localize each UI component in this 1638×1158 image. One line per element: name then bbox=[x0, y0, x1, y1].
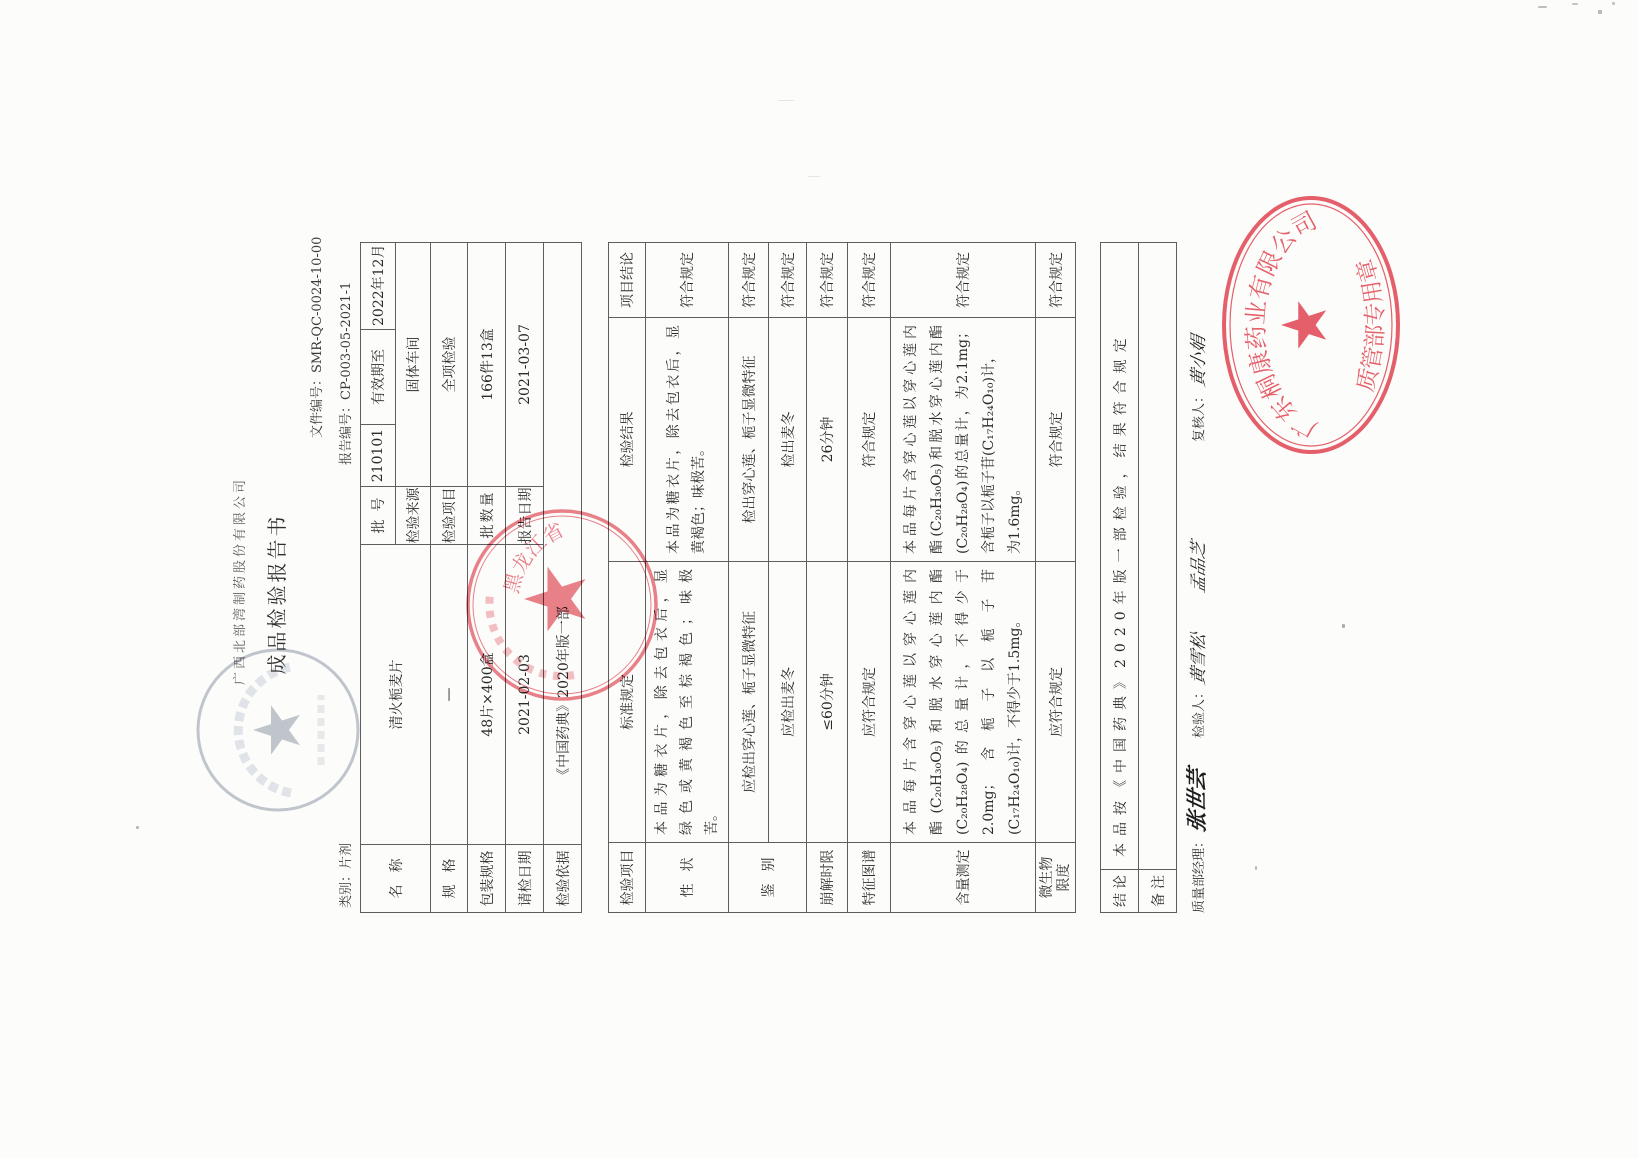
qa-department-seal: 广东桐康药业有限公司 质管部专用章 bbox=[1220, 195, 1402, 455]
test-results-table: 检验项目 标准规定 检验结果 项目结论 性状 本品为糖衣片，除去包衣后，显 绿色… bbox=[608, 242, 1076, 913]
result-line: (C₂₀H₂₈O₄)的总量计，为2.1mg； bbox=[950, 325, 976, 554]
result-line: 为1.6mg。 bbox=[1002, 325, 1028, 554]
file-number: 文件编号：SMR-QC-0024-10-00 bbox=[306, 237, 325, 438]
result-line: 黄褐色；味极苦。 bbox=[687, 325, 712, 554]
conclusion-assay: 符合规定 bbox=[891, 243, 1036, 318]
standard-identification-1: 应检出穿心莲、栀子显微特征 bbox=[729, 562, 769, 843]
category-label: 类别： bbox=[339, 869, 354, 908]
report-number-value: CP-003-05-2021-1 bbox=[339, 282, 354, 400]
conclusion-microbial: 符合规定 bbox=[1036, 243, 1076, 318]
report-date: 2021-03-07 bbox=[506, 243, 544, 487]
conclusion-table: 结论 本品按《中国药典》2020年版一部检验，结果符合规定 备注 bbox=[1100, 242, 1177, 913]
result-line: 本品每片含穿心莲以穿心莲内 bbox=[898, 325, 924, 554]
conclusion-identification-1: 符合规定 bbox=[729, 243, 769, 318]
standard-identification-2: 应检出麦冬 bbox=[769, 562, 807, 843]
star-icon bbox=[1281, 301, 1326, 349]
result-line: 本品为糖衣片，除去包衣后，显 bbox=[662, 325, 687, 554]
inspector-label: 检验人： bbox=[1188, 686, 1207, 738]
table-row: 微生物 限度 应符合规定 符合规定 符合规定 bbox=[1036, 243, 1076, 913]
item-identification: 鉴别 bbox=[729, 843, 807, 913]
source-label: 检验来源 bbox=[396, 487, 431, 545]
header-item: 检验项目 bbox=[609, 843, 646, 913]
standard-microbial: 应符合规定 bbox=[1036, 562, 1076, 843]
header-conclusion: 项目结论 bbox=[609, 243, 646, 318]
conclusion-identification-2: 符合规定 bbox=[769, 243, 807, 318]
batch-number: 210101 bbox=[361, 425, 396, 487]
inspection-source: 固体车间 bbox=[396, 243, 431, 487]
result-fingerprint: 符合规定 bbox=[848, 318, 891, 562]
star-icon bbox=[524, 567, 586, 632]
standard-line: 2.0mg；含栀子以栀子苷 bbox=[976, 569, 1002, 835]
remark-label: 备注 bbox=[1139, 870, 1177, 913]
standard-line: (C₁₇H₂₄O₁₀)计，不得少于1.5mg。 bbox=[1002, 569, 1028, 835]
result-disintegration: 26分钟 bbox=[807, 318, 848, 562]
table-row: 应检出麦冬 检出麦冬 符合规定 bbox=[769, 243, 807, 913]
table-row: 特征图谱 应符合规定 符合规定 符合规定 bbox=[848, 243, 891, 913]
expiry-label: 有效期至 bbox=[361, 330, 396, 425]
report-number-label: 报告编号： bbox=[339, 400, 354, 465]
table-row: 崩解时限 ≤60分钟 26分钟 符合规定 bbox=[807, 243, 848, 913]
result-line: 酯(C₂₀H₃₀O₅)和脱水穿心莲内酯 bbox=[924, 325, 950, 554]
report-number: 报告编号：CP-003-05-2021-1 bbox=[335, 282, 354, 465]
package-label: 包装规格 bbox=[468, 845, 506, 913]
inspector-signature: 孟品芝 bbox=[1184, 538, 1209, 594]
table-row: 鉴别 应检出穿心莲、栀子显微特征 检出穿心莲、栀子显微特征 符合规定 bbox=[729, 243, 769, 913]
conclusion-appearance: 符合规定 bbox=[646, 243, 729, 318]
inspector-signature: 黄雪松 bbox=[1184, 630, 1209, 686]
standard-line: (C₂₀H₂₈O₄)的总量计，不得少于 bbox=[950, 569, 976, 835]
spec-label: 规格 bbox=[431, 845, 468, 913]
batch-label: 批号 bbox=[361, 487, 396, 545]
center-seal: 黑龙江省 bbox=[462, 505, 662, 705]
inspection-items: 全项检验 bbox=[431, 243, 468, 487]
reviewer-label: 复核人： bbox=[1188, 390, 1207, 442]
item-microbial: 微生物 限度 bbox=[1036, 843, 1076, 913]
product-name: 清火栀麦片 bbox=[361, 545, 431, 845]
standard-fingerprint: 应符合规定 bbox=[848, 562, 891, 843]
standard-line: 苦。 bbox=[700, 569, 725, 835]
item-assay: 含量测定 bbox=[891, 843, 1036, 913]
file-number-value: SMR-QC-0024-10-00 bbox=[310, 237, 325, 373]
standard-line: 酯(C₂₀H₃₀O₅)和脱水穿心莲内酯 bbox=[924, 569, 950, 835]
reviewer-signature: 黄小娟 bbox=[1184, 332, 1209, 388]
result-assay: 本品每片含穿心莲以穿心莲内 酯(C₂₀H₃₀O₅)和脱水穿心莲内酯 (C₂₀H₂… bbox=[891, 318, 1036, 562]
item-microbial-line: 限度 bbox=[1056, 843, 1073, 912]
conclusion-disintegration: 符合规定 bbox=[807, 243, 848, 318]
conclusion-fingerprint: 符合规定 bbox=[848, 243, 891, 318]
standard-line: 绿色或黄褐色至棕褐色；味极 bbox=[675, 569, 700, 835]
standard-line: 本品每片含穿心莲以穿心莲内 bbox=[898, 569, 924, 835]
file-number-label: 文件编号： bbox=[310, 373, 325, 438]
item-microbial-line: 微生物 bbox=[1039, 843, 1056, 912]
result-line: 含栀子以栀子苷(C₁₇H₂₄O₁₀)计， bbox=[976, 325, 1002, 554]
qa-seal-department-text: 质管部专用章 bbox=[1353, 256, 1390, 395]
standard-disintegration: ≤60分钟 bbox=[807, 562, 848, 843]
conclusion-text: 本品按《中国药典》2020年版一部检验，结果符合规定 bbox=[1101, 243, 1139, 870]
result-microbial: 符合规定 bbox=[1036, 318, 1076, 562]
table-row: 含量测定 本品每片含穿心莲以穿心莲内 酯(C₂₀H₃₀O₅)和脱水穿心莲内酯 (… bbox=[891, 243, 1036, 913]
item-fingerprint: 特征图谱 bbox=[848, 843, 891, 913]
manager-signature: 张世芸 bbox=[1181, 766, 1211, 835]
name-label: 名称 bbox=[361, 845, 431, 913]
category: 类别：片剂 bbox=[335, 843, 354, 908]
basis-label: 检验依据 bbox=[544, 845, 582, 913]
standard-assay: 本品每片含穿心莲以穿心莲内 酯(C₂₀H₃₀O₅)和脱水穿心莲内酯 (C₂₀H₂… bbox=[891, 562, 1036, 843]
category-value: 片剂 bbox=[339, 843, 354, 869]
result-identification-1: 检出穿心莲、栀子显微特征 bbox=[729, 318, 769, 562]
star-icon bbox=[253, 705, 300, 754]
item-appearance: 性状 bbox=[646, 843, 729, 913]
conclusion-label: 结论 bbox=[1101, 870, 1139, 913]
batch-quantity: 166件13盒 bbox=[468, 243, 506, 487]
company-seal bbox=[193, 645, 363, 815]
svg-text:质管部专用章: 质管部专用章 bbox=[1353, 256, 1390, 395]
result-identification-2: 检出麦冬 bbox=[769, 318, 807, 562]
inspection-report-page: 广西北部湾制药股份有限公司 成品检验报告书 文件编号：SMR-QC-0024-1… bbox=[0, 0, 1638, 1158]
expiry-date: 2022年12月 bbox=[361, 243, 396, 330]
remark-text bbox=[1139, 243, 1177, 870]
item-disintegration: 崩解时限 bbox=[807, 843, 848, 913]
manager-label: 质量部经理： bbox=[1188, 835, 1207, 913]
request-date-label: 请检日期 bbox=[506, 845, 544, 913]
